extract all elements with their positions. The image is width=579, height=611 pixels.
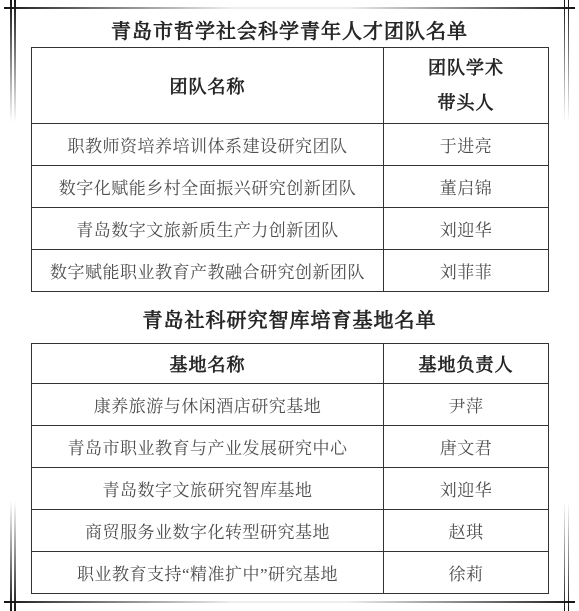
table-row: 青岛市职业教育与产业发展研究中心 唐文君	[32, 426, 549, 468]
frame-right-line-inner	[564, 0, 566, 611]
leader-name-cell: 徐莉	[384, 552, 549, 594]
leader-name-cell: 刘菲菲	[384, 250, 549, 292]
team-name-cell: 数字化赋能乡村全面振兴研究创新团队	[32, 166, 384, 208]
base-name-column-header: 基地名称	[32, 344, 384, 384]
document-content: 青岛市哲学社会科学青年人才团队名单 团队名称 团队学术 带头人 职教师资培养培训…	[31, 0, 548, 594]
leader-name-cell: 刘迎华	[384, 468, 549, 510]
base-name-cell: 青岛数字文旅研究智库基地	[32, 468, 384, 510]
table-row: 青岛数字文旅研究智库基地 刘迎华	[32, 468, 549, 510]
leader-name-cell: 尹萍	[384, 384, 549, 426]
frame-bottom-line	[4, 601, 575, 603]
team-list-title: 青岛市哲学社会科学青年人才团队名单	[31, 20, 548, 44]
base-name-cell: 职业教育支持“精准扩中”研究基地	[32, 552, 384, 594]
table-row: 数字赋能职业教育产教融合研究创新团队 刘菲菲	[32, 250, 549, 292]
leader-name-cell: 赵琪	[384, 510, 549, 552]
frame-left-line-inner	[14, 0, 16, 611]
base-table: 基地名称 基地负责人 康养旅游与休闲酒店研究基地 尹萍 青岛市职业教育与产业发展…	[31, 343, 549, 594]
table-row: 商贸服务业数字化转型研究基地 赵琪	[32, 510, 549, 552]
table-row: 康养旅游与休闲酒店研究基地 尹萍	[32, 384, 549, 426]
base-name-cell: 康养旅游与休闲酒店研究基地	[32, 384, 384, 426]
team-leader-header-line2: 带头人	[388, 86, 544, 121]
table-row: 青岛数字文旅新质生产力创新团队 刘迎华	[32, 208, 549, 250]
base-table-header-row: 基地名称 基地负责人	[32, 344, 549, 384]
team-name-cell: 职教师资培养培训体系建设研究团队	[32, 124, 384, 166]
leader-name-cell: 于进亮	[384, 124, 549, 166]
base-name-cell: 青岛市职业教育与产业发展研究中心	[32, 426, 384, 468]
base-name-cell: 商贸服务业数字化转型研究基地	[32, 510, 384, 552]
team-name-cell: 青岛数字文旅新质生产力创新团队	[32, 208, 384, 250]
table-row: 数字化赋能乡村全面振兴研究创新团队 董启锦	[32, 166, 549, 208]
table-row: 职教师资培养培训体系建设研究团队 于进亮	[32, 124, 549, 166]
leader-name-cell: 刘迎华	[384, 208, 549, 250]
team-leader-column-header: 团队学术 带头人	[384, 48, 549, 124]
base-leader-column-header: 基地负责人	[384, 344, 549, 384]
table-row: 职业教育支持“精准扩中”研究基地 徐莉	[32, 552, 549, 594]
leader-name-cell: 唐文君	[384, 426, 549, 468]
base-list-title: 青岛社科研究智库培育基地名单	[31, 309, 548, 333]
team-leader-header-line1: 团队学术	[388, 51, 544, 86]
team-name-cell: 数字赋能职业教育产教融合研究创新团队	[32, 250, 384, 292]
leader-name-cell: 董启锦	[384, 166, 549, 208]
team-name-column-header: 团队名称	[32, 48, 384, 124]
team-table-header-row: 团队名称 团队学术 带头人	[32, 48, 549, 124]
frame-right-line-outer	[568, 0, 570, 611]
frame-left-line-outer	[10, 0, 12, 611]
team-table: 团队名称 团队学术 带头人 职教师资培养培训体系建设研究团队 于进亮 数字化赋能…	[31, 47, 549, 292]
